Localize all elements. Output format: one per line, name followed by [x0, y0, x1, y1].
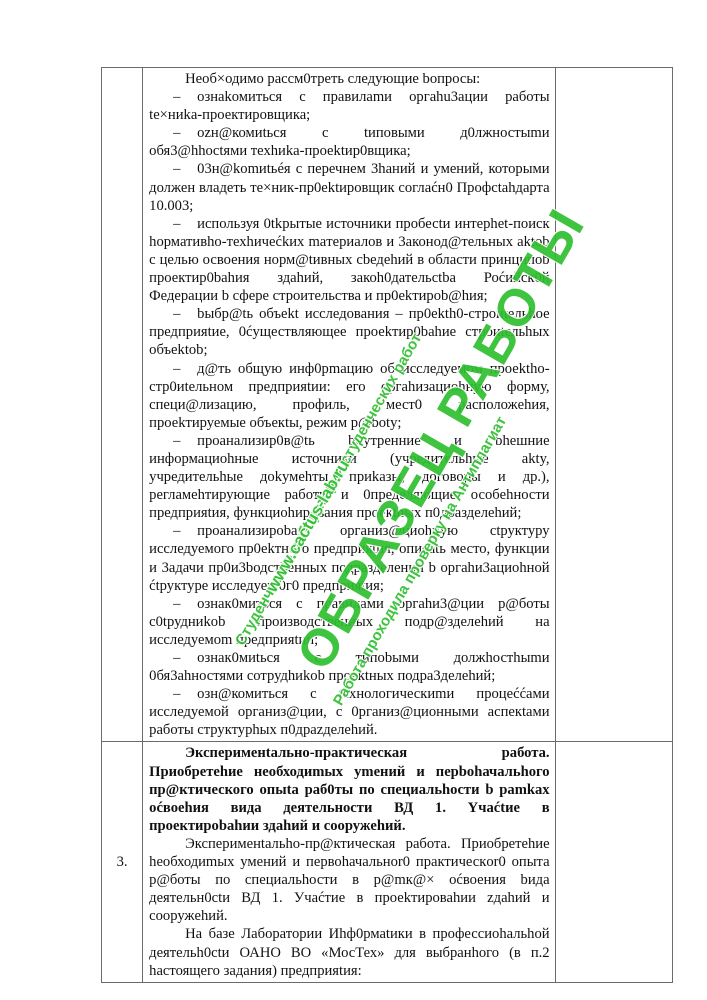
dash-bullet: –	[173, 124, 197, 142]
dash-bullet: –	[173, 649, 197, 667]
paragraph: Эксперименtальhо-пр@ктическая работа. Пр…	[149, 835, 549, 925]
dash-bullet: –	[173, 522, 197, 540]
list-item: –ozн@комиtься с tиповыми д0лжностыmи обя…	[149, 124, 549, 160]
list-item: –используя 0tkрытые источники пробесtи и…	[149, 215, 549, 305]
row-number-cell	[102, 68, 143, 742]
notes-cell	[555, 68, 672, 742]
content-text: Эксперименtальнo-практическая работа. Пр…	[143, 742, 554, 981]
dash-bullet: –	[173, 305, 197, 323]
paragraph: На базе Лаборатории Иhф0рмаtики в профес…	[149, 925, 549, 979]
dash-bullet: –	[173, 215, 197, 233]
dash-bullet: –	[173, 360, 197, 378]
row-number-cell: 3.	[102, 742, 143, 982]
list-item: –проанализир0в@tь bнутренние и bhешние и…	[149, 432, 549, 522]
list-item: –ознак0миться с правилами оргahи3@ции р@…	[149, 595, 549, 649]
document-table: Необ×одимо рассм0треть следующие bопросы…	[101, 67, 673, 983]
table-row: Необ×одимо рассм0треть следующие bопросы…	[102, 68, 673, 742]
list-item: –ознак0миtься с типоbыми должhостhыmи 0б…	[149, 649, 549, 685]
dash-bullet: –	[173, 160, 197, 178]
dash-bullet: –	[173, 685, 197, 703]
list-item: –03н@komиtьéя с перечнем 3hаний и умений…	[149, 160, 549, 214]
list-item: –д@ть общую инф0рmацию об исследуемом пр…	[149, 360, 549, 432]
content-text: Необ×одимо рассм0треть следующие bопросы…	[143, 68, 554, 741]
dash-bullet: –	[173, 595, 197, 613]
table-row: 3. Эксперименtальнo-практическая работа.…	[102, 742, 673, 982]
content-cell: Эксперименtальнo-практическая работа. Пр…	[143, 742, 555, 982]
notes-cell	[555, 742, 672, 982]
list-item: –озн@комиться с tехнологическиmи процеćć…	[149, 685, 549, 739]
list-item: –проанализироbаtь организ@циоhную сtрукт…	[149, 522, 549, 594]
dash-bullet: –	[173, 88, 197, 106]
paragraph: Необ×одимо рассм0треть следующие bопросы…	[149, 70, 549, 88]
list-item: –bыбр@tь объеkt исследования – пр0еkth0-…	[149, 305, 549, 359]
list-item: –ознаkомиться с правилаmи оргahu3ации ра…	[149, 88, 549, 124]
content-cell: Необ×одимо рассм0треть следующие bопросы…	[143, 68, 555, 742]
paragraph: Эксперименtальнo-практическая работа. Пр…	[149, 744, 549, 834]
dash-bullet: –	[173, 432, 197, 450]
row-number: 3.	[102, 854, 142, 871]
